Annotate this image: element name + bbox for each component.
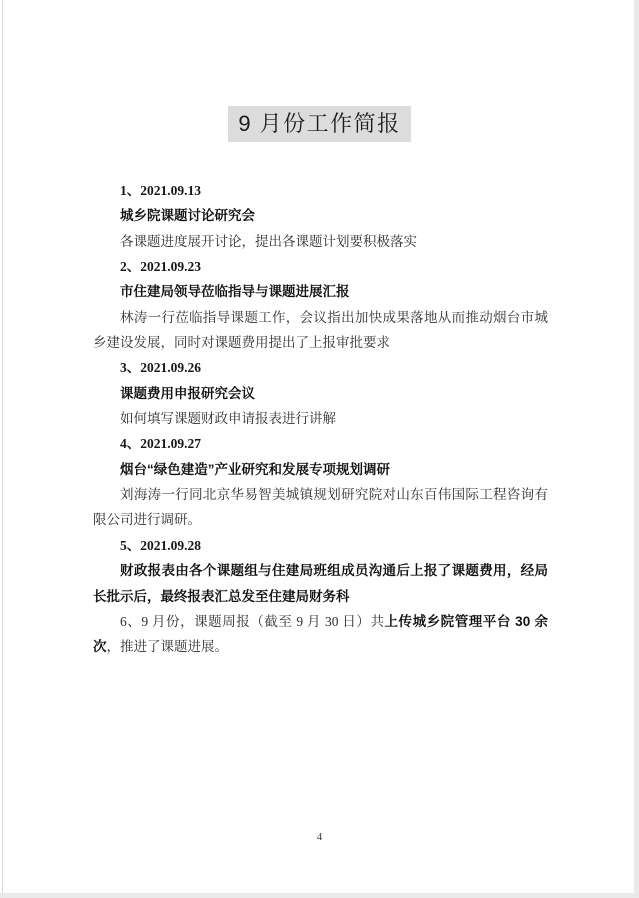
entry-4-body: 刘海涛一行同北京华易智美城镇规划研究院对山东百伟国际工程咨询有限公司进行调研。 [93,482,548,533]
entry-4-date: 4、2021.09.27 [93,431,548,456]
entry-1-body: 各课题进度展开讨论，提出各课题计划要积极落实 [93,229,548,254]
entry-6-body: 6、9 月份，课题周报（截至 9 月 30 日）共上传城乡院管理平台 30 余次… [93,609,548,660]
document-title-row: 9 月份工作简报 [0,106,639,142]
entry-3-date: 3、2021.09.26 [93,355,548,380]
page-edge-bottom [0,893,639,898]
entry-2-body: 林涛一行莅临指导课题工作，会议指出加快成果落地从而推动烟台市城乡建设发展，同时对… [93,305,548,356]
entry-3-heading: 课题费用申报研究会议 [93,381,548,406]
entry-4-heading: 烟台“绿色建造”产业研究和发展专项规划调研 [93,457,548,482]
entry-1-date: 1、2021.09.13 [93,178,548,203]
entry-6-text-suffix: ，推进了课题进展。 [107,639,229,654]
page-number: 4 [0,831,639,843]
entry-3-body: 如何填写课题财政申请报表进行讲解 [93,406,548,431]
entry-5-bold-body: 财政报表由各个课题组与住建局班组成员沟通后上报了课题费用，经局长批示后，最终报表… [93,558,548,609]
entry-6-text-prefix: 6、9 月份，课题周报（截至 9 月 30 日）共 [120,614,385,629]
entry-1-heading: 城乡院课题讨论研究会 [93,203,548,228]
document-title: 9 月份工作简报 [228,106,410,142]
entry-5-date: 5、2021.09.28 [93,533,548,558]
document-body: 1、2021.09.13 城乡院课题讨论研究会 各课题进度展开讨论，提出各课题计… [93,178,548,660]
entry-2-heading: 市住建局领导莅临指导与课题进展汇报 [93,279,548,304]
entry-2-date: 2、2021.09.23 [93,254,548,279]
document-page: 9 月份工作简报 1、2021.09.13 城乡院课题讨论研究会 各课题进度展开… [0,0,639,898]
